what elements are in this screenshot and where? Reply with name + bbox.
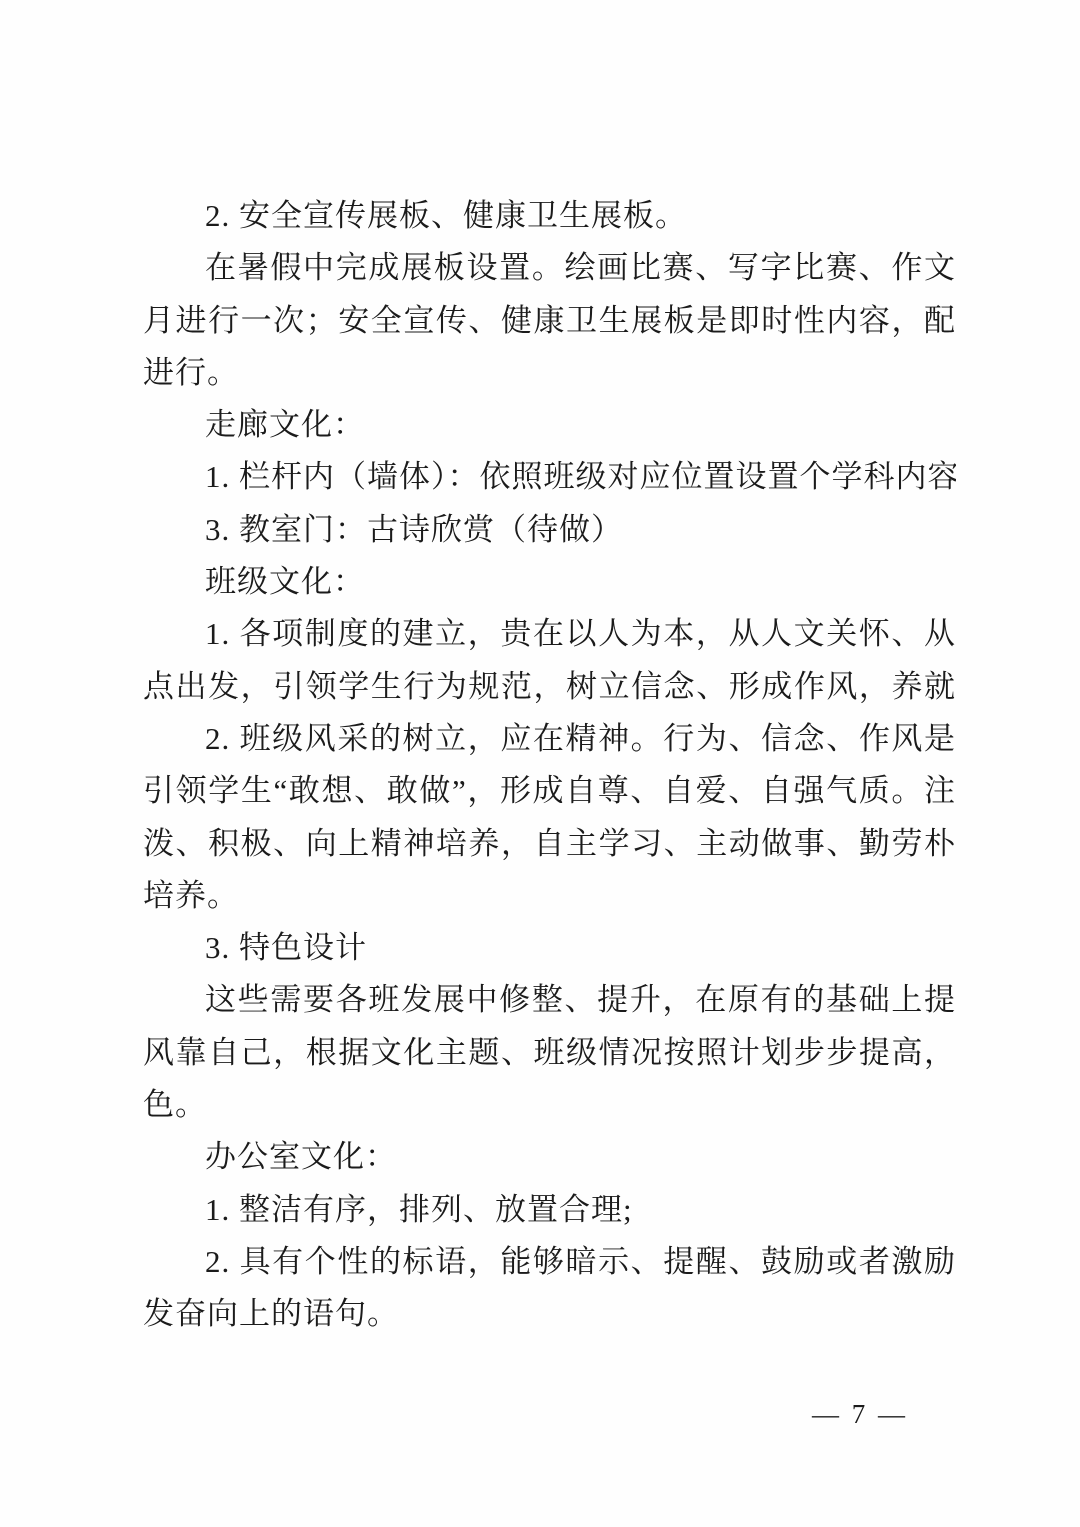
text-line: 3. 教室门：古诗欣赏（待做） [143, 504, 956, 556]
text-line: 2. 安全宣传展板、健康卫生展板。 [143, 190, 956, 242]
text-line: 这些需要各班发展中修整、提升，在原有的基础上提高。班 [143, 974, 956, 1026]
document-page: 2. 安全宣传展板、健康卫生展板。在暑假中完成展板设置。绘画比赛、写字比赛、作文… [0, 0, 1080, 1527]
text-line: 办公室文化： [143, 1131, 956, 1183]
document-body: 2. 安全宣传展板、健康卫生展板。在暑假中完成展板设置。绘画比赛、写字比赛、作文… [143, 190, 956, 1341]
text-line: 风靠自己，根据文化主题、班级情况按照计划步步提高，形成特 [143, 1027, 956, 1079]
text-line: 色。 [143, 1079, 956, 1131]
text-line: 1. 栏杆内（墙体）：依照班级对应位置设置个学科内容。 [143, 451, 956, 503]
text-line: 1. 各项制度的建立，贵在以人为本，从人文关怀、从倡导观 [143, 608, 956, 660]
text-line: 走廊文化： [143, 399, 956, 451]
text-line: 1. 整洁有序，排列、放置合理; [143, 1184, 956, 1236]
text-line: 点出发，引领学生行为规范，树立信念、形成作风，养就品质。 [143, 661, 956, 713]
text-line: 引领学生“敢想、敢做”，形成自尊、自爱、自强气质。注重活 [143, 765, 956, 817]
text-line: 培养。 [143, 870, 956, 922]
text-line: 在暑假中完成展板设置。绘画比赛、写字比赛、作文比赛每 [143, 242, 956, 294]
text-line: 进行。 [143, 347, 956, 399]
text-line: 发奋向上的语句。 [143, 1288, 956, 1340]
text-line: 2. 班级风采的树立，应在精神。行为、信念、作风是基础， [143, 713, 956, 765]
text-line: 月进行一次；安全宣传、健康卫生展板是即时性内容，配合活动 [143, 295, 956, 347]
text-line: 班级文化： [143, 556, 956, 608]
page-number: — 7 — [812, 1398, 908, 1430]
text-line: 泼、积极、向上精神培养，自主学习、主动做事、勤劳朴实行为 [143, 818, 956, 870]
text-line: 3. 特色设计 [143, 922, 956, 974]
text-line: 2. 具有个性的标语，能够暗示、提醒、鼓励或者激励自己 [143, 1236, 956, 1288]
